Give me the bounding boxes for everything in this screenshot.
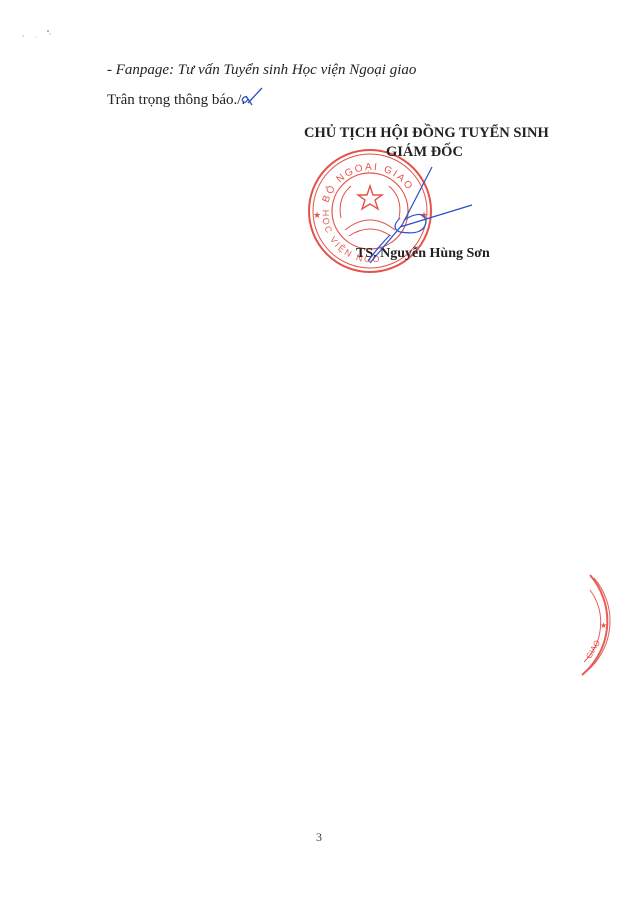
director-title: GIÁM ĐỐC (386, 144, 463, 161)
fanpage-line: - Fanpage: Tư vấn Tuyển sinh Học viện Ng… (107, 62, 416, 79)
svg-text:★: ★ (313, 210, 321, 220)
handwritten-signature (330, 165, 480, 265)
svg-text:★: ★ (600, 621, 607, 630)
signer-title: CHỦ TỊCH HỘI ĐỒNG TUYỂN SINH (304, 125, 549, 142)
scan-specks (20, 28, 60, 42)
partial-seal-icon: ★ GIAO (560, 570, 640, 680)
initial-checkmark-icon (238, 86, 264, 108)
page-number: 3 (316, 830, 322, 845)
closing-line: Trân trọng thông báo./. (107, 92, 245, 109)
